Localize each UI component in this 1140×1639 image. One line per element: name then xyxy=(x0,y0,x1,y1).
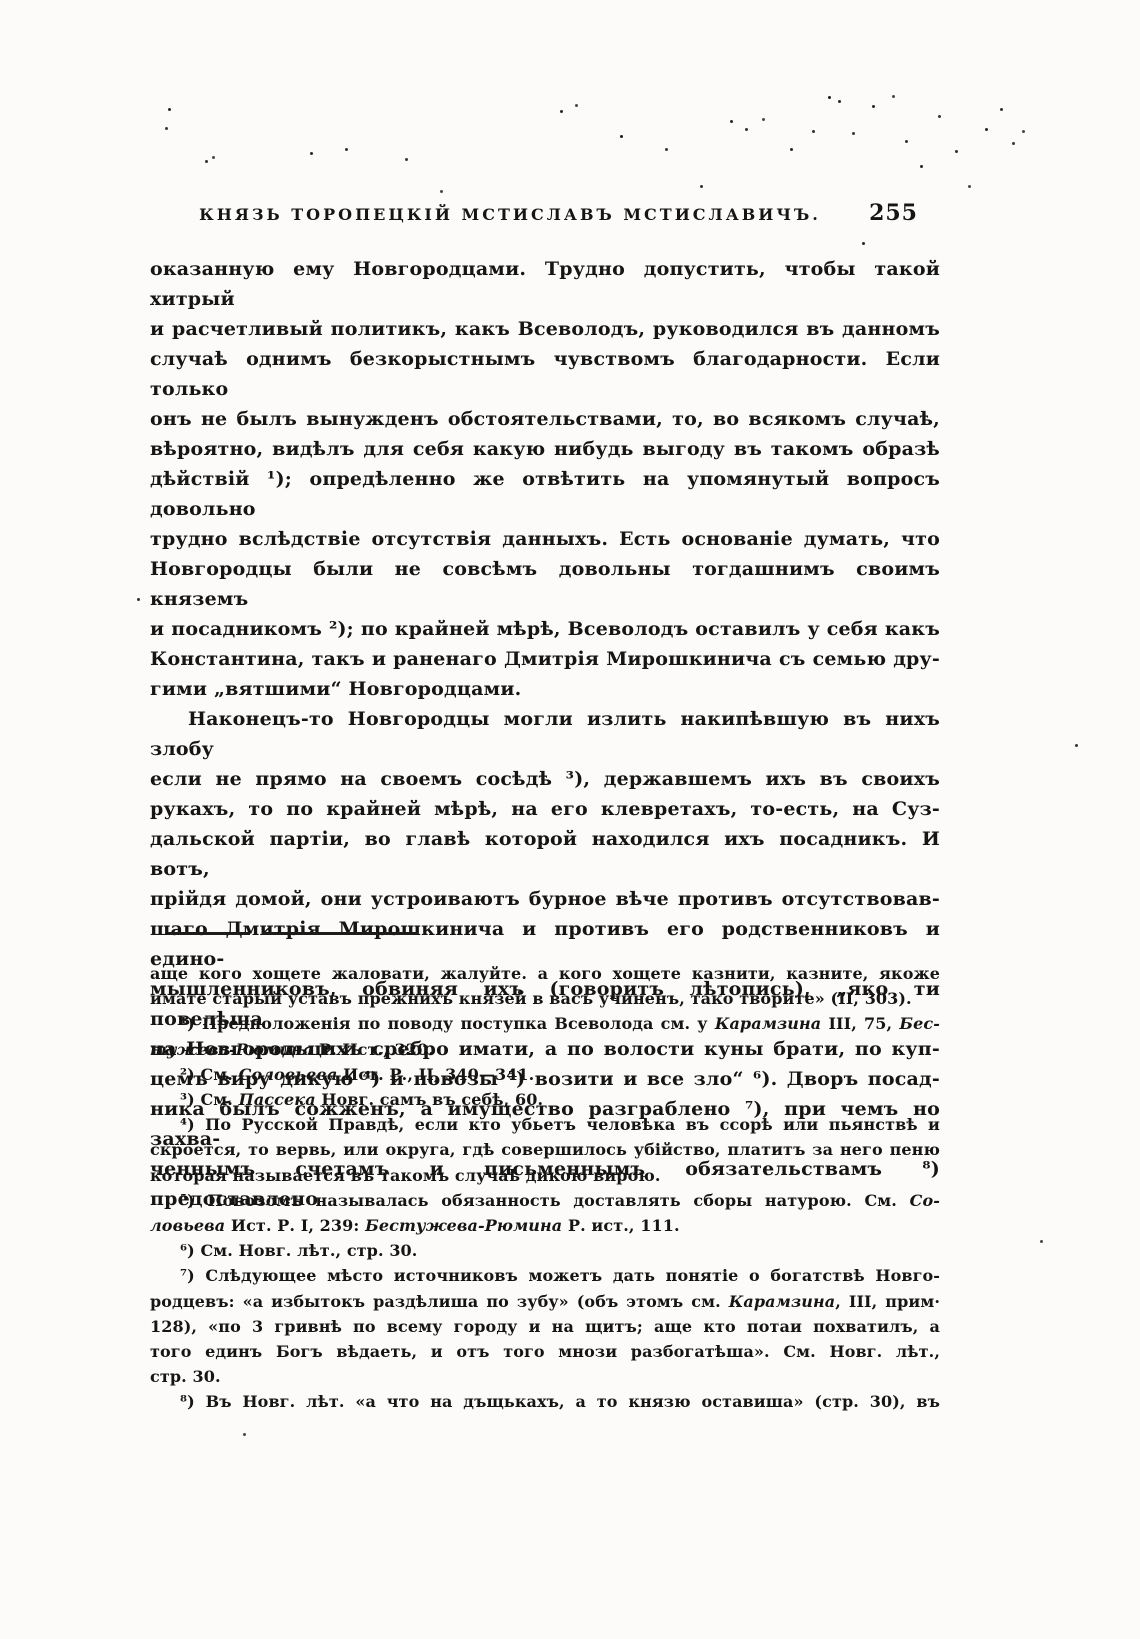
text-line: того единъ Богъ вѣдаеть, и отъ того мноз… xyxy=(150,1339,940,1364)
text-line: родцевъ: «а избытокъ раздѣлиша по зубу» … xyxy=(150,1289,940,1314)
text-line: ³) См. Пассека Новг. самъ въ себѣ, 60. xyxy=(150,1087,940,1112)
text-line: ловьева Ист. Р. I, 239: Бестужева-Рюмина… xyxy=(150,1213,940,1238)
text-line: трудно вслѣдствіе отсутствія данныхъ. Ес… xyxy=(150,524,940,554)
text-line: онъ не былъ вынужденъ обстоятельствами, … xyxy=(150,404,940,434)
text-line: Новгородцы были не совсѣмъ довольны тогд… xyxy=(150,554,940,614)
text-line: ²) См. Соловьева Ист. Р., II, 340—341. xyxy=(150,1062,940,1087)
text-line: ⁸) Въ Новг. лѣт. «а что на дъщькахъ, а т… xyxy=(150,1389,940,1414)
text-line: тужева-Рюмина Р. Ист., 320. xyxy=(150,1037,940,1062)
text-line: имате старый уставъ прежнихъ князей в ва… xyxy=(150,986,940,1011)
book-page: КНЯЗЬ ТОРОПЕЦКІЙ МСТИСЛАВЪ МСТИСЛАВИЧЪ. … xyxy=(0,0,1140,1639)
text-line: прійдя домой, они устроиваютъ бурное вѣч… xyxy=(150,884,940,914)
footnote-separator-rule xyxy=(168,932,418,935)
text-line: если не прямо на своемъ сосѣдѣ ³), держа… xyxy=(150,764,940,794)
text-line: вѣроятно, видѣлъ для себя какую нибудь в… xyxy=(150,434,940,464)
scan-noise-specks xyxy=(0,0,3,3)
text-line: дѣйствій ¹); опредѣленно же отвѣтить на … xyxy=(150,464,940,524)
text-line: ⁶) См. Новг. лѣт., стр. 30. xyxy=(150,1238,940,1263)
text-line: и посадникомъ ²); по крайней мѣрѣ, Всево… xyxy=(150,614,940,644)
text-line: случаѣ однимъ безкорыстнымъ чувствомъ бл… xyxy=(150,344,940,404)
text-line: скроется, то вервь, или округа, гдѣ сове… xyxy=(150,1137,940,1162)
text-line: аще кого хощете жаловати, жалуйте. а ког… xyxy=(150,961,940,986)
text-line: дальской партіи, во главѣ которой находи… xyxy=(150,824,940,884)
text-line: стр. 30. xyxy=(150,1364,940,1389)
running-header: КНЯЗЬ ТОРОПЕЦКІЙ МСТИСЛАВЪ МСТИСЛАВИЧЪ. … xyxy=(150,205,940,235)
text-line: гими „вятшими“ Новгородцами. xyxy=(150,674,940,704)
text-line: ¹) Предположенія по поводу поступка Всев… xyxy=(150,1011,940,1036)
chapter-header-title: КНЯЗЬ ТОРОПЕЦКІЙ МСТИСЛАВЪ МСТИСЛАВИЧЪ. xyxy=(150,205,870,224)
text-line: 128), «по 3 гривнѣ по всему городу и на … xyxy=(150,1314,940,1339)
text-line: рукахъ, то по крайней мѣрѣ, на его клевр… xyxy=(150,794,940,824)
text-line: и расчетливый политикъ, какъ Всеволодъ, … xyxy=(150,314,940,344)
footnotes-block: аще кого хощете жаловати, жалуйте. а ког… xyxy=(150,961,940,1415)
text-line: Константина, такъ и раненаго Дмитрія Мир… xyxy=(150,644,940,674)
text-line: ⁵) Повозомъ называлась обязанность доста… xyxy=(150,1188,940,1213)
page-number: 255 xyxy=(869,200,918,226)
text-line: оказанную ему Новгородцами. Трудно допус… xyxy=(150,254,940,314)
text-line: Наконецъ-то Новгородцы могли излить наки… xyxy=(150,704,940,764)
text-line: ⁴) По Русской Правдѣ, если кто убьетъ че… xyxy=(150,1112,940,1137)
text-line: которая называется въ такомъ случаѣ дико… xyxy=(150,1163,940,1188)
text-line: ⁷) Слѣдующее мѣсто источниковъ можетъ да… xyxy=(150,1263,940,1288)
